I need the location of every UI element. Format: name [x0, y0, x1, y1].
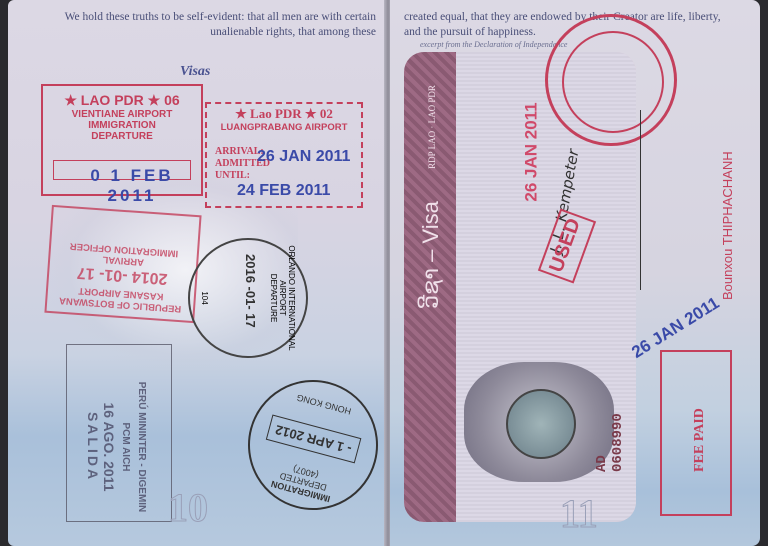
stamp-peru-salida: PERÚ MININTER - DIGEMIN PCM AICH 16 AGO.…	[66, 344, 172, 522]
visas-heading: Visas	[180, 64, 210, 80]
officer-name: Bounxou THIPHACHANH	[720, 151, 735, 300]
declaration-citation: excerpt from the Declaration of Independ…	[420, 40, 567, 49]
page-number-right: 11	[560, 490, 598, 537]
stamp-hongkong-departed: IMMIGRATION DEPARTED (4007) - 1 APR 2012…	[233, 365, 386, 524]
passport-page-left: We hold these truths to be self-evident:…	[8, 0, 386, 546]
page-number-left: 10	[168, 484, 208, 531]
stamp-south-africa-departure: ORLANDO INTERNATIONAL AIRPORT DEPARTURE …	[188, 238, 308, 358]
until-date: 24 FEB 2011	[237, 182, 330, 200]
fee-paid-stamp: FEE PAID	[660, 350, 732, 516]
visa-band: RDP LAO · LAO PDR ວີຊາ – Visa	[404, 52, 456, 522]
emblem-seal	[464, 362, 614, 482]
stamp-vientiane-departure: ★ LAO PDR ★ 06 VIENTIANE AIRPORT IMMIGRA…	[41, 84, 203, 196]
passport-page-right: created equal, that they are endowed by …	[390, 0, 760, 546]
visa-serial-number: AD 0608990	[594, 413, 626, 472]
stamp-botswana-arrival: REPUBLIC OF BOTSWANA KASANE AIRPORT 2014…	[44, 205, 201, 323]
stamp-date: 0 1 FEB 2011	[63, 166, 201, 206]
round-official-seal	[545, 14, 677, 146]
arrival-date: 26 JAN 2011	[257, 148, 350, 166]
visa-entry-date: 26 JAN 2011	[522, 102, 542, 201]
visa-label: ວີຊາ – Visa	[418, 170, 444, 340]
stamp-luangprabang-arrival: ★ Lao PDR ★ 02 LUANGPRABANG AIRPORT ARRI…	[205, 102, 363, 208]
emblem-icon	[506, 389, 576, 459]
declaration-quote-left: We hold these truths to be self-evident:…	[56, 10, 376, 40]
signature-line	[640, 110, 641, 290]
